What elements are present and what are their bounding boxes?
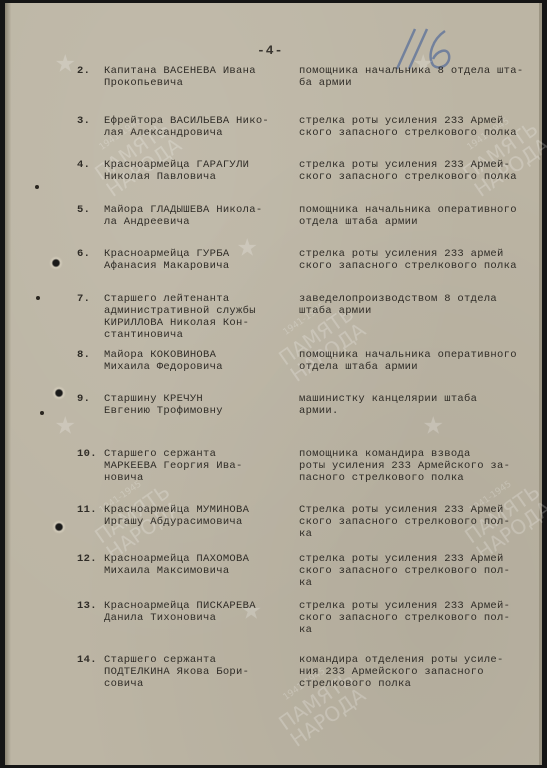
ink-dot xyxy=(36,296,40,300)
entry-number: 10. xyxy=(77,448,97,460)
entry-number: 6. xyxy=(77,248,90,260)
entry-number: 8. xyxy=(77,349,90,361)
entry-number: 9. xyxy=(77,393,90,405)
entry-number: 11. xyxy=(77,504,97,516)
entry-name: Майора КОКОВИНОВА Михаила Федоровича xyxy=(104,349,289,373)
award-entry: 13.Красноармейца ПИСКАРЕВА Данила Тихоно… xyxy=(77,600,547,640)
award-entry: 14.Старшего сержанта ПОДТЕЛКИНА Якова Бо… xyxy=(77,654,547,694)
ink-dot xyxy=(35,185,39,189)
entry-name: Красноармейца МУМИНОВА Иргашу Абдурасимо… xyxy=(104,504,289,528)
entry-name: Капитана ВАСЕНЕВА Ивана Прокопьевича xyxy=(104,65,289,89)
page-number: -4- xyxy=(257,43,283,58)
page-edge xyxy=(5,3,11,765)
entry-position: машинистку канцелярии штаба армии. xyxy=(299,393,539,417)
entry-position: помощника командира взвода роты усиления… xyxy=(299,448,539,484)
entry-name: Красноармейца ГУРБА Афанасия Макаровича xyxy=(104,248,289,272)
entry-position: стрелка роты усиления 233 Армей- ского з… xyxy=(299,600,539,636)
entry-number: 4. xyxy=(77,159,90,171)
entry-position: командира отделения роты усиле- ния 233 … xyxy=(299,654,539,690)
award-entry: 3.Ефрейтора ВАСИЛЬЕВА Нико- лая Александ… xyxy=(77,115,547,155)
entry-number: 7. xyxy=(77,293,90,305)
entry-name: Красноармейца ПИСКАРЕВА Данила Тихонович… xyxy=(104,600,289,624)
watermark-star-icon: ★ xyxy=(55,41,75,83)
award-entry: 5.Майора ГЛАДЫШЕВА Никола- ла Андреевича… xyxy=(77,204,547,244)
entry-number: 12. xyxy=(77,553,97,565)
entry-name: Старшину КРЕЧУН Евгению Трофимовну xyxy=(104,393,289,417)
entry-position: Стрелка роты усиления 233 Армей ского за… xyxy=(299,504,539,540)
award-entry: 4.Красноармейца ГАРАГУЛИ Николая Павлови… xyxy=(77,159,547,199)
entry-position: стрелка роты усиления 233 Армей ского за… xyxy=(299,553,539,589)
punch-hole xyxy=(52,386,66,400)
ink-dot xyxy=(40,411,44,415)
entry-number: 5. xyxy=(77,204,90,216)
entry-number: 14. xyxy=(77,654,97,666)
award-entry: 11.Красноармейца МУМИНОВА Иргашу Абдурас… xyxy=(77,504,547,544)
entry-name: Старшего лейтенанта административной слу… xyxy=(104,293,289,341)
punch-hole xyxy=(52,520,66,534)
entry-position: стрелка роты усиления 233 Армей- ского з… xyxy=(299,159,539,183)
entry-name: Красноармейца ПАХОМОВА Михаила Максимови… xyxy=(104,553,289,577)
entry-name: Ефрейтора ВАСИЛЬЕВА Нико- лая Александро… xyxy=(104,115,289,139)
award-entry: 8.Майора КОКОВИНОВА Михаила Федоровичапо… xyxy=(77,349,547,389)
award-entry: 10.Старшего сержанта МАРКЕЕВА Георгия Ив… xyxy=(77,448,547,488)
award-entry: 9.Старшину КРЕЧУН Евгению Трофимовнумаши… xyxy=(77,393,547,433)
entry-name: Майора ГЛАДЫШЕВА Никола- ла Андреевича xyxy=(104,204,289,228)
award-entry: 2.Капитана ВАСЕНЕВА Ивана Прокопьевичапо… xyxy=(77,65,547,105)
entry-name: Старшего сержанта ПОДТЕЛКИНА Якова Бори-… xyxy=(104,654,289,690)
entry-position: заведелопроизводством 8 отдела штаба арм… xyxy=(299,293,539,317)
entry-position: помощника начальника оперативного отдела… xyxy=(299,204,539,228)
entry-position: стрелка роты усиления 233 армей ского за… xyxy=(299,248,539,272)
document-page: -4- ★ 1941-1945ПАМЯТЬ НАРОДА ★ 1941-1945… xyxy=(5,3,542,765)
award-entry: 7.Старшего лейтенанта административной с… xyxy=(77,293,547,333)
entry-number: 3. xyxy=(77,115,90,127)
entry-position: стрелка роты усиления 233 Армей ского за… xyxy=(299,115,539,139)
entry-name: Красноармейца ГАРАГУЛИ Николая Павловича xyxy=(104,159,289,183)
entry-position: помощника начальника 8 отдела шта- ба ар… xyxy=(299,65,539,89)
punch-hole xyxy=(49,256,63,270)
entry-number: 13. xyxy=(77,600,97,612)
award-entry: 12.Красноармейца ПАХОМОВА Михаила Максим… xyxy=(77,553,547,593)
entry-position: помощника начальника оперативного отдела… xyxy=(299,349,539,373)
watermark-star-icon: ★ xyxy=(55,403,75,445)
award-entry: 6.Красноармейца ГУРБА Афанасия Макарович… xyxy=(77,248,547,288)
entry-name: Старшего сержанта МАРКЕЕВА Георгия Ива- … xyxy=(104,448,289,484)
entry-number: 2. xyxy=(77,65,90,77)
